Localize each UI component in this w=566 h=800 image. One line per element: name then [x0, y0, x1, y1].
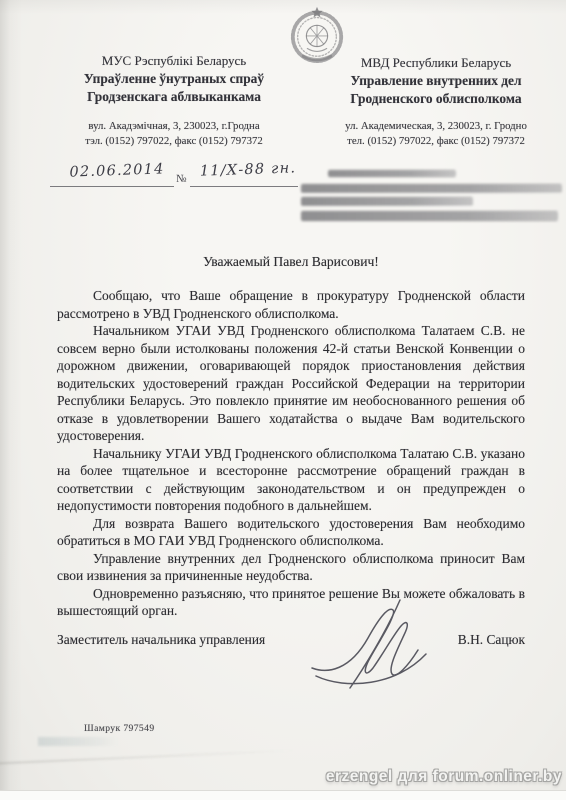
letterhead-right-line3: Гродненского облисполкома	[308, 90, 564, 108]
faint-stamp-smudge	[38, 737, 118, 746]
body-paragraph: Для возврата Вашего водительского удосто…	[57, 515, 525, 550]
letterhead-right-line1: МВД Республики Беларусь	[308, 54, 564, 72]
body-paragraph: Одновременно разъясняю, что принятое реш…	[57, 585, 525, 620]
paper-crease	[0, 749, 295, 764]
number-sign: №	[176, 173, 187, 185]
letterhead-left-line1: МУС Рэспублікі Беларусь	[46, 52, 302, 70]
scan-edge-strip	[0, 790, 566, 800]
redaction-bar	[301, 211, 558, 221]
address-right: ул. Академическая, 3, 230023, г. Гродно …	[308, 119, 564, 149]
executor-note: Шамрук 797549	[84, 723, 155, 734]
address-left-line1: вул. Акадэмічная, 3, 230023, г.Гродна	[46, 119, 302, 134]
body-paragraph: Начальнику УГАИ УВД Гродненского облиспо…	[57, 445, 525, 515]
address-right-line1: ул. Академическая, 3, 230023, г. Гродно	[308, 119, 564, 134]
body-paragraph: Начальником УГАИ УВД Гродненского облисп…	[57, 322, 525, 445]
letter-body: Сообщаю, что Ваше обращение в прокуратур…	[57, 287, 525, 620]
handwritten-outgoing-number: 11/Х-88 гн.	[196, 160, 300, 180]
redaction-bar	[328, 170, 456, 177]
salutation: Уважаемый Павел Варисович!	[57, 254, 525, 270]
redaction-bar	[301, 197, 473, 206]
letterhead-left: МУС Рэспублікі Беларусь Упраўленне ўнутр…	[46, 52, 302, 106]
address-right-line2: тел. (0152) 797022, факс (0152) 797372	[308, 134, 564, 149]
number-underline	[190, 186, 298, 187]
address-left: вул. Акадэмічная, 3, 230023, г.Гродна тэ…	[46, 119, 302, 149]
scanned-letter-page: МУС Рэспублікі Беларусь Упраўленне ўнутр…	[0, 0, 566, 800]
handwritten-date: 02.06.2014	[58, 161, 176, 181]
letterhead-left-line3: Гродзенскага аблвыканкама	[46, 88, 302, 106]
address-left-line2: тэл. (0152) 797022, факс (0152) 797372	[46, 134, 302, 149]
letterhead-left-line2: Упраўленне ўнутраных спраў	[46, 70, 302, 88]
watermark-credit: erzengel для forum.onliner.by	[326, 768, 562, 786]
body-paragraph: Сообщаю, что Ваше обращение в прокуратур…	[57, 287, 525, 322]
letterhead-right-line2: Управление внутренних дел	[308, 72, 564, 90]
redaction-bar	[301, 184, 562, 193]
letterhead-right: МВД Республики Беларусь Управление внутр…	[308, 54, 564, 108]
body-paragraph: Управление внутренних дел Гродненского о…	[57, 550, 525, 585]
date-underline	[50, 186, 174, 187]
signatory-position-title: Заместитель начальника управления	[57, 632, 265, 648]
signatory-name: В.Н. Сацюк	[385, 632, 525, 648]
